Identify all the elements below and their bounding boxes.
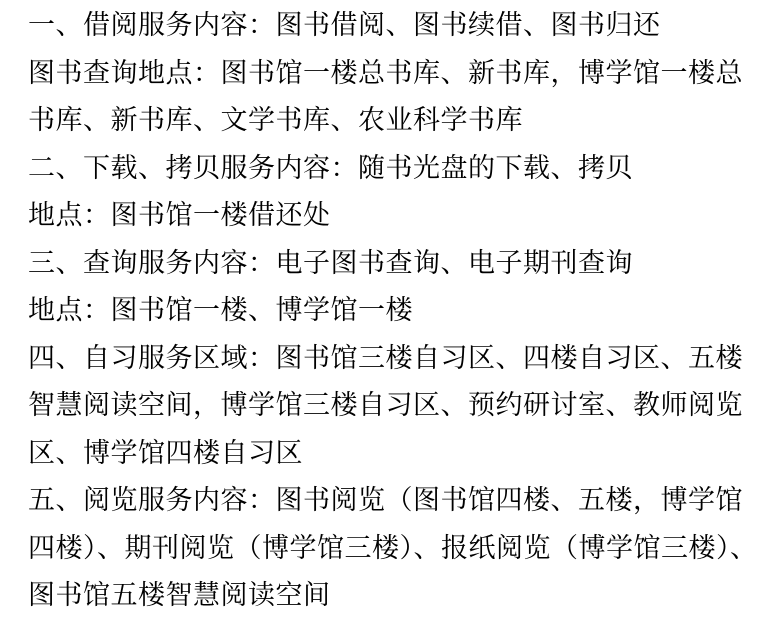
- document-page: 一、借阅服务内容：图书借阅、图书续借、图书归还 图书查询地点：图书馆一楼总书库、…: [0, 0, 779, 620]
- text-line: 图书查询地点：图书馆一楼总书库、新书库，博学馆一楼总: [28, 50, 779, 98]
- text-line: 智慧阅读空间，博学馆三楼自习区、预约研讨室、教师阅览: [28, 382, 779, 430]
- text-line: 地点：图书馆一楼、博学馆一楼: [28, 287, 779, 335]
- text-line: 三、查询服务内容：电子图书查询、电子期刊查询: [28, 240, 779, 288]
- text-line: 书库、新书库、文学书库、农业科学书库: [28, 97, 779, 145]
- text-line: 四楼）、期刊阅览（博学馆三楼）、报纸阅览（博学馆三楼）、: [28, 525, 779, 573]
- text-line: 区、博学馆四楼自习区: [28, 430, 779, 478]
- text-line: 二、下载、拷贝服务内容：随书光盘的下载、拷贝: [28, 145, 779, 193]
- text-line: 四、自习服务区域：图书馆三楼自习区、四楼自习区、五楼: [28, 335, 779, 383]
- text-line: 一、借阅服务内容：图书借阅、图书续借、图书归还: [28, 2, 779, 50]
- text-line: 图书馆五楼智慧阅读空间: [28, 572, 779, 620]
- text-line: 五、阅览服务内容：图书阅览（图书馆四楼、五楼，博学馆: [28, 477, 779, 525]
- text-line: 地点：图书馆一楼借还处: [28, 192, 779, 240]
